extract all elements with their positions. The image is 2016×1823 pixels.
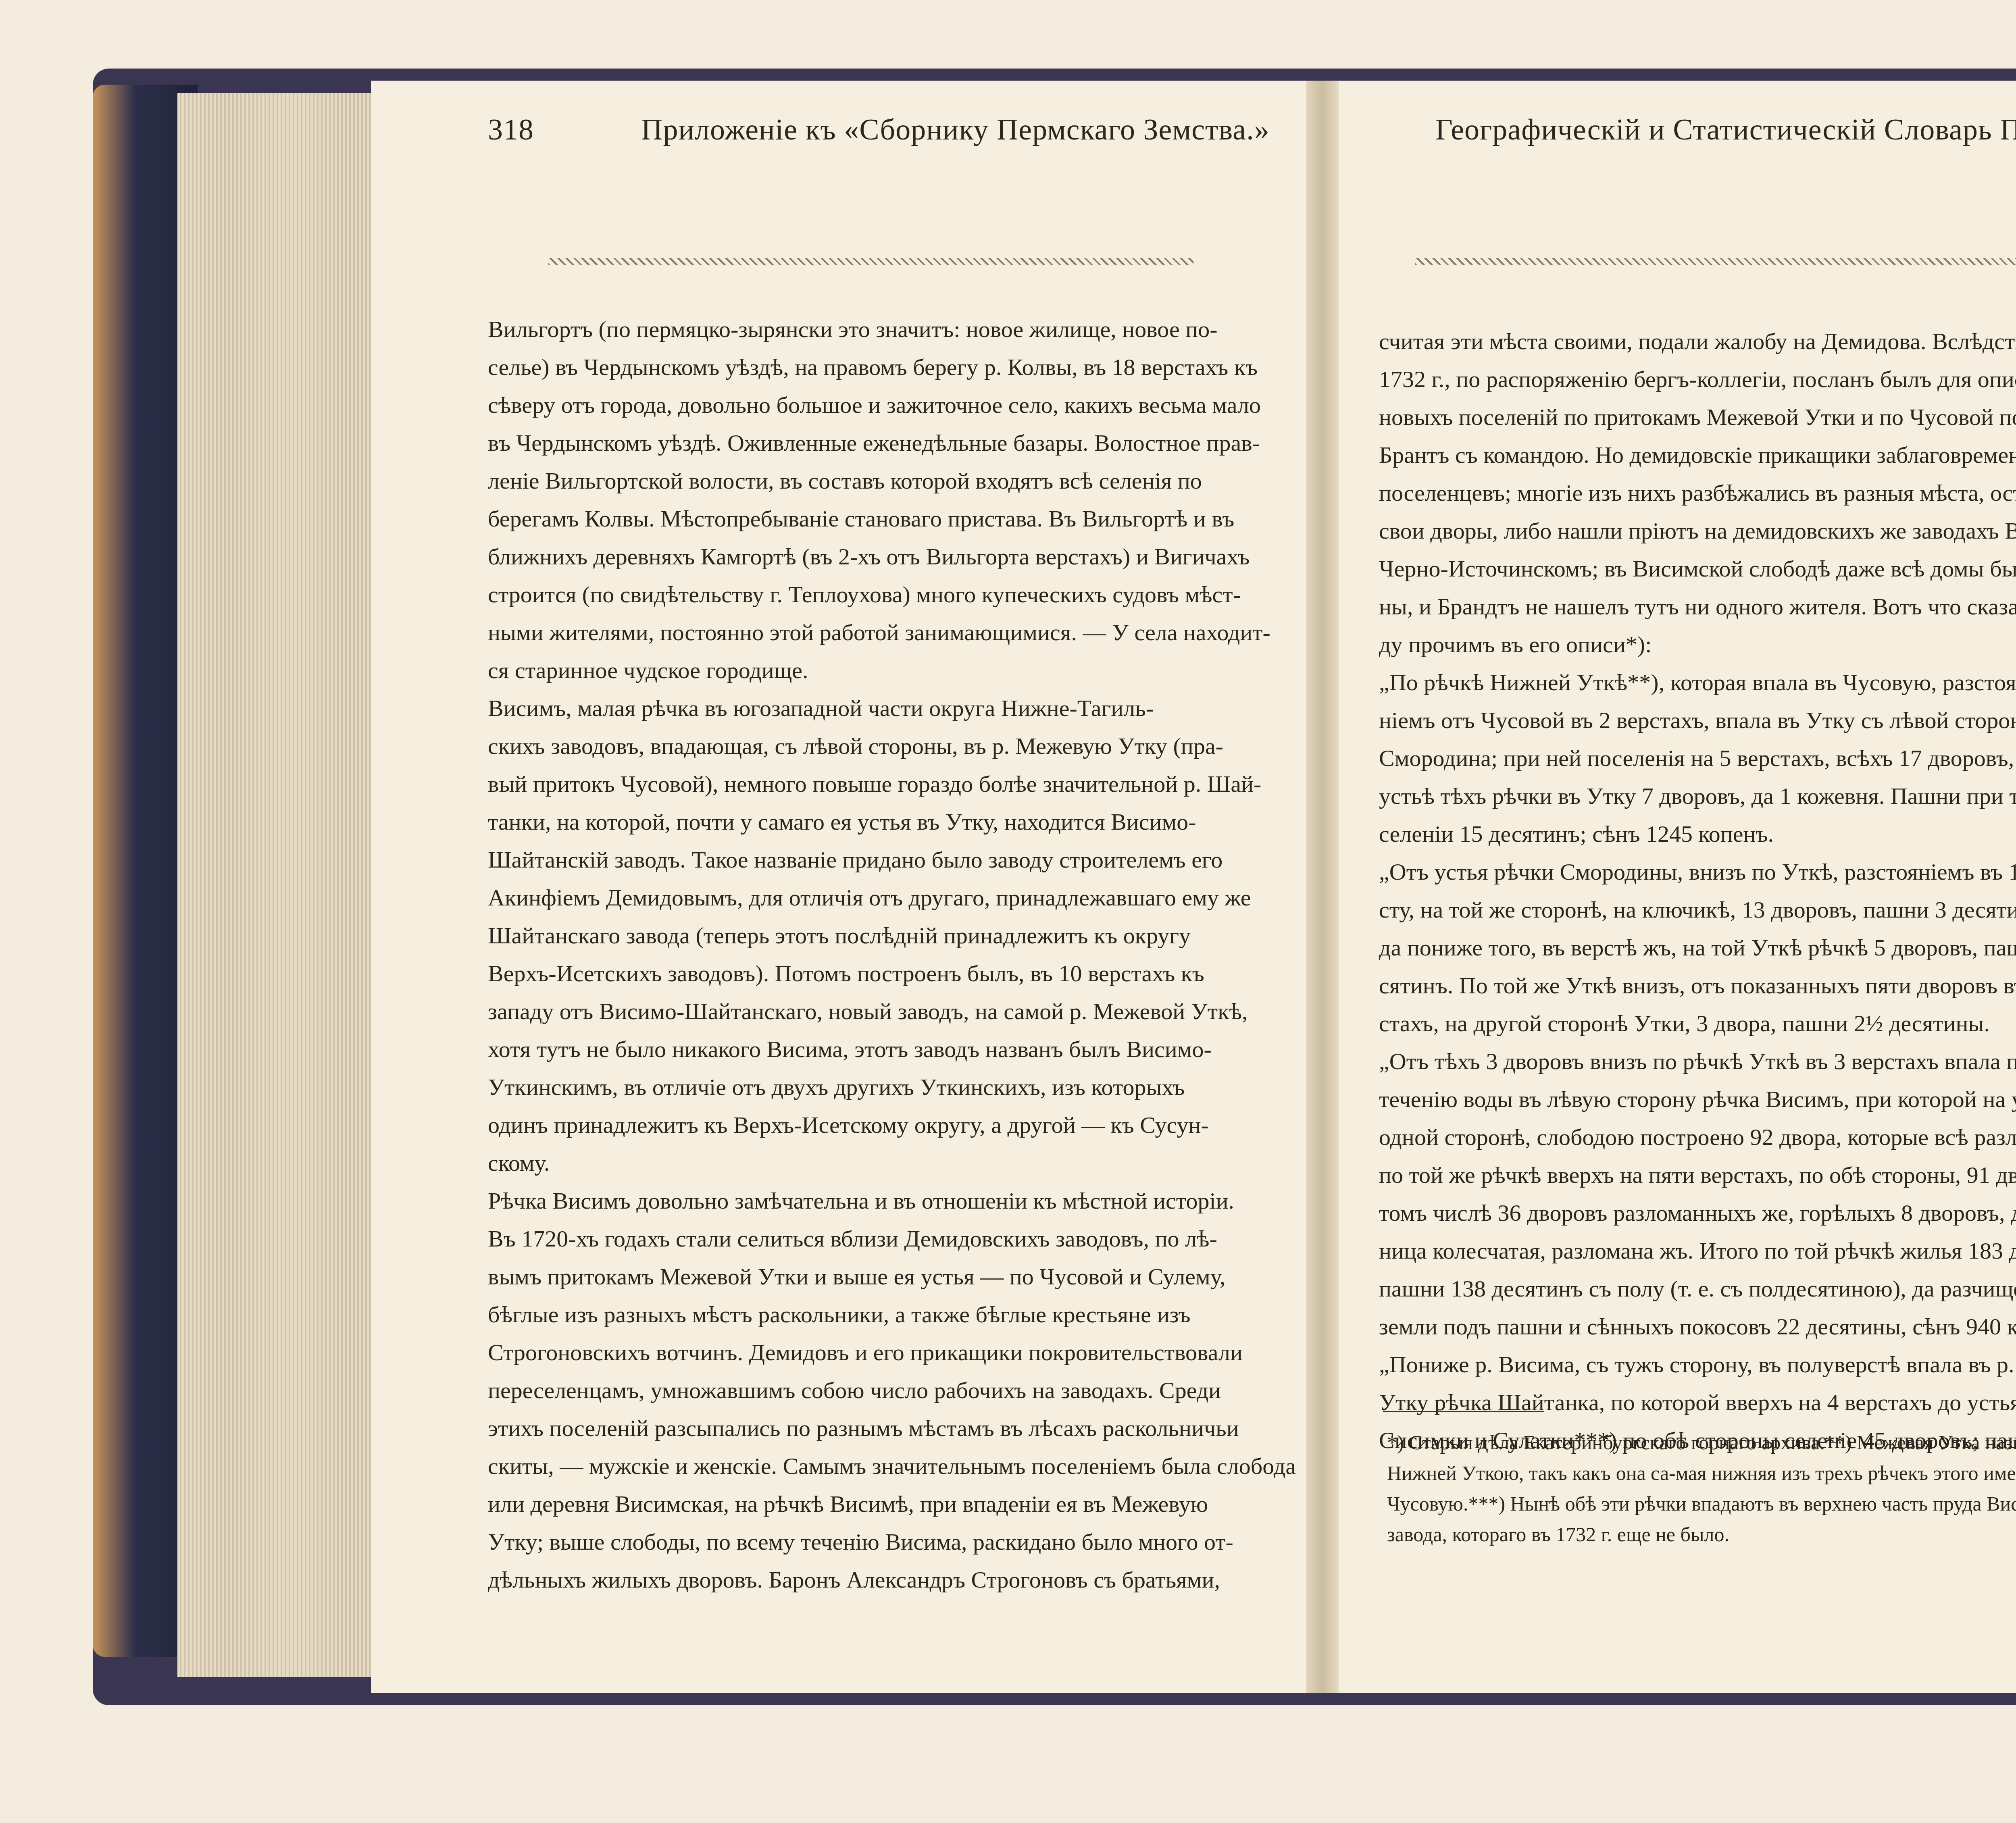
text-line: хотя тутъ не было никакого Висима, этотъ… — [488, 1030, 1294, 1068]
text-line: свои дворы, либо нашли пріютъ на демидов… — [1379, 512, 2016, 550]
text-line: скиты, — мужскіе и женскіе. Самымъ значи… — [488, 1447, 1294, 1485]
footnote-rule — [1383, 1411, 1544, 1412]
text-line: селеніи 15 десятинъ; сѣнъ 1245 копенъ. — [1379, 815, 2016, 853]
text-line: дѣльныхъ жилыхъ дворовъ. Баронъ Александ… — [488, 1561, 1294, 1599]
text-line: переселенцамъ, умножавшимъ собою число р… — [488, 1371, 1294, 1409]
text-line: бѣглые изъ разныхъ мѣстъ раскольники, а … — [488, 1296, 1294, 1334]
text-line: леніе Вильгортской волости, въ составъ к… — [488, 462, 1294, 500]
text-line: танки, на которой, почти у самаго ея уст… — [488, 803, 1294, 841]
text-line: Утку; выше слободы, по всему теченію Вис… — [488, 1523, 1294, 1561]
text-line: ными жителями, постоянно этой работой за… — [488, 614, 1294, 651]
text-line: Брантъ съ командою. Но демидовскіе прика… — [1379, 436, 2016, 474]
text-line: сятинъ. По той же Уткѣ внизъ, отъ показа… — [1379, 967, 2016, 1005]
text-line: одной сторонѣ, слободою построено 92 дво… — [1379, 1118, 2016, 1156]
text-line: западу отъ Висимо-Шайтанскаго, новый зав… — [488, 993, 1294, 1030]
text-line: или деревня Висимская, на рѣчкѣ Висимѣ, … — [488, 1485, 1294, 1523]
text-line: сту, на той же сторонѣ, на ключикѣ, 13 д… — [1379, 891, 2016, 929]
text-line: считая эти мѣста своими, подали жалобу н… — [1379, 323, 2016, 360]
text-line: вый притокъ Чусовой), немного повыше гор… — [488, 765, 1294, 803]
text-line: земли подъ пашни и сѣнныхъ покосовъ 22 д… — [1379, 1308, 2016, 1346]
text-line: ница колесчатая, разломана жъ. Итого по … — [1379, 1232, 2016, 1270]
text-line: ***) Нынѣ обѣ эти рѣчки впадаютъ въ верх… — [1468, 1492, 2016, 1515]
text-line: да пониже того, въ верстѣ жъ, на той Утк… — [1379, 929, 2016, 967]
left-running-head: Приложеніе къ «Сборнику Пермскаго Земств… — [641, 113, 1270, 147]
text-line: строится (по свидѣтельству г. Теплоухова… — [488, 576, 1294, 614]
text-line: поселенцевъ; многіе изъ нихъ разбѣжались… — [1379, 474, 2016, 512]
text-line: Верхъ-Исетскихъ заводовъ). Потомъ постро… — [488, 955, 1294, 993]
header-ornament-rule — [548, 258, 1193, 265]
text-line: скихъ заводовъ, впадающая, съ лѣвой стор… — [488, 727, 1294, 765]
right-page-body: считая эти мѣста своими, подали жалобу н… — [1379, 323, 2016, 1459]
header-ornament-rule — [1415, 258, 2016, 265]
text-line: въ Чердынскомъ уѣздѣ. Оживленные еженедѣ… — [488, 424, 1294, 462]
text-line: Утку рѣчка Шайтанка, по которой вверхъ н… — [1379, 1384, 2016, 1421]
text-line: Висимъ, малая рѣчка въ югозападной части… — [488, 689, 1294, 727]
text-line: Шайтанскаго завода (теперь этотъ послѣдн… — [488, 917, 1294, 955]
text-line: Черно-Источинскомъ; въ Висимской слободѣ… — [1379, 550, 2016, 588]
text-line: стахъ, на другой сторонѣ Утки, 3 двора, … — [1379, 1005, 2016, 1043]
text-line: берегамъ Колвы. Мѣстопребываніе становаг… — [488, 500, 1294, 538]
text-line: *) Старыя дѣла Екатеринбургскаго горнаго… — [1387, 1431, 1825, 1454]
page-edges-left — [177, 93, 387, 1677]
text-line: „По рѣчкѣ Нижней Уткѣ**), которая впала … — [1379, 664, 2016, 701]
text-line: Акинфіемъ Демидовымъ, для отличія отъ др… — [488, 879, 1294, 917]
text-line: одинъ принадлежитъ къ Верхъ-Исетскому ок… — [488, 1106, 1294, 1144]
text-line: селье) въ Чердынскомъ уѣздѣ, на правомъ … — [488, 348, 1294, 386]
text-line: Шайтанскій заводъ. Такое названіе придан… — [488, 841, 1294, 879]
text-line: Вильгортъ (по пермяцко-зырянски это знач… — [488, 310, 1294, 348]
text-line: пашни 138 десятинъ съ полу (т. е. съ пол… — [1379, 1270, 2016, 1308]
text-line: ближнихъ деревняхъ Камгортѣ (въ 2-хъ отъ… — [488, 538, 1294, 576]
book-gutter — [1306, 81, 1339, 1693]
left-page-body: Вильгортъ (по пермяцко-зырянски это знач… — [488, 310, 1294, 1599]
text-line: Рѣчка Висимъ довольно замѣчательна и въ … — [488, 1182, 1294, 1220]
text-line: сѣверу отъ города, довольно большое и за… — [488, 386, 1294, 424]
text-line: „Отъ устья рѣчки Смородины, внизъ по Утк… — [1379, 853, 2016, 891]
text-line: новыхъ поселеній по притокамъ Межевой Ут… — [1379, 398, 2016, 436]
footnotes: *) Старыя дѣла Екатеринбургскаго горнаго… — [1387, 1427, 2016, 1550]
text-line: ся старинное чудское городище. — [488, 651, 1294, 689]
text-line: теченію воды въ лѣвую сторону рѣчка Виси… — [1379, 1080, 2016, 1118]
text-line: скому. — [488, 1144, 1294, 1182]
text-line: Смородина; при ней поселенія на 5 верста… — [1379, 739, 2016, 777]
text-line: „Отъ тѣхъ 3 дворовъ внизъ по рѣчкѣ Уткѣ … — [1379, 1043, 2016, 1080]
text-line: Въ 1720-хъ годахъ стали селиться вблизи … — [488, 1220, 1294, 1258]
text-line: ду прочимъ въ его описи*): — [1379, 626, 2016, 664]
text-line: „Пониже р. Висима, съ тужъ сторону, въ п… — [1379, 1346, 2016, 1384]
text-line: этихъ поселеній разсыпались по разнымъ м… — [488, 1409, 1294, 1447]
text-line: устьѣ тѣхъ рѣчки въ Утку 7 дворовъ, да 1… — [1379, 777, 2016, 815]
text-line: Уткинскимъ, въ отличіе отъ двухъ другихъ… — [488, 1068, 1294, 1106]
text-line: ны, и Брандтъ не нашелъ тутъ ни одного ж… — [1379, 588, 2016, 626]
left-page-number: 318 — [488, 113, 534, 147]
right-running-head: Географическій и Статистическій Словарь … — [1435, 113, 2016, 147]
text-line: вымъ притокамъ Межевой Утки и выше ея ус… — [488, 1258, 1294, 1296]
text-line: по той же рѣчкѣ вверхъ на пяти верстахъ,… — [1379, 1156, 2016, 1194]
text-line: томъ числѣ 36 дворовъ разломанныхъ же, г… — [1379, 1194, 2016, 1232]
text-line: Строгоновскихъ вотчинъ. Демидовъ и его п… — [488, 1334, 1294, 1371]
text-line: 1732 г., по распоряженію бергъ-коллегіи,… — [1379, 360, 2016, 398]
text-line: ніемъ отъ Чусовой въ 2 верстахъ, впала в… — [1379, 701, 2016, 739]
